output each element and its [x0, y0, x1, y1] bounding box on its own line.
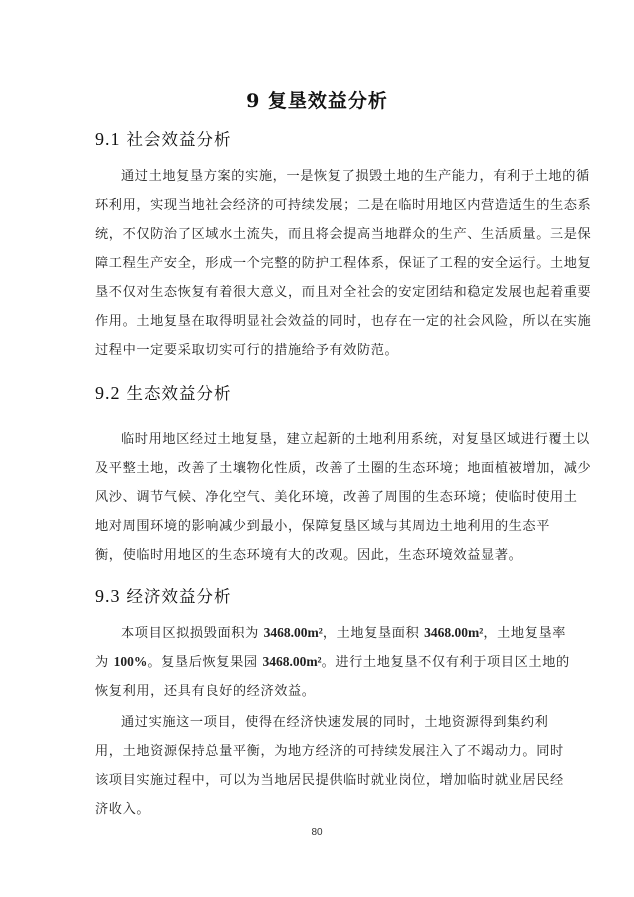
- section-title: 生态效益分析: [127, 384, 232, 403]
- paragraph-line: 临时用地区经过土地复垦，建立起新的土地利用系统，对复垦区域进行覆土以: [121, 428, 541, 447]
- paragraph-line: 地对周围环境的影响减少到最小，保障复垦区域与其周边土地利用的生态平: [95, 515, 541, 534]
- document-page: 9 复垦效益分析 9.1社会效益分析 通过土地复垦方案的实施，一是恢复了损毁土地…: [0, 0, 634, 897]
- chapter-title: 9 复垦效益分析: [0, 86, 634, 113]
- text-run: ，土地复垦率: [483, 626, 566, 641]
- paragraph-line: 为 100%。复垦后恢复果园 3468.00m²。进行土地复垦不仅有利于项目区土…: [95, 651, 541, 670]
- paragraph-line: 垦不仅对生态恢复有着很大意义，而且对全社会的安定团结和稳定发展也起着重要: [95, 281, 541, 300]
- paragraph-line: 用，土地资源保持总量平衡，为地方经济的可持续发展注入了不竭动力。同时: [95, 740, 541, 759]
- paragraph-line: 作用。土地复垦在取得明显社会效益的同时，也存在一定的社会风险，所以在实施: [95, 310, 541, 329]
- section-heading-9-2: 9.2生态效益分析: [95, 380, 232, 404]
- paragraph-line: 通过土地复垦方案的实施，一是恢复了损毁土地的生产能力，有利于土地的循: [121, 165, 541, 184]
- paragraph-line: 恢复利用，还具有良好的经济效益。: [95, 680, 541, 699]
- paragraph-line: 统，不仅防治了区域水土流失，而且将会提高当地群众的生产、生活质量。三是保: [95, 223, 541, 242]
- section-title: 经济效益分析: [127, 587, 232, 606]
- paragraph-line: 障工程生产安全，形成一个完整的防护工程体系，保证了工程的安全运行。土地复: [95, 252, 541, 271]
- paragraph-line: 过程中一定要采取切实可行的措施给予有效防范。: [95, 339, 541, 358]
- area-value: 3468.00m²: [264, 625, 323, 640]
- section-heading-9-3: 9.3经济效益分析: [95, 583, 232, 607]
- paragraph-line: 衡，使临时用地区的生态环境有大的改观。因此，生态环境效益显著。: [95, 544, 541, 563]
- paragraph-line: 及平整土地，改善了土壤物化性质，改善了土圈的生态环境；地面植被增加，减少: [95, 457, 541, 476]
- section-number: 9.1: [95, 129, 121, 149]
- paragraph-line: 本项目区拟损毁面积为 3468.00m²，土地复垦面积 3468.00m²，土地…: [121, 622, 541, 641]
- section-title: 社会效益分析: [127, 130, 232, 149]
- area-value: 3468.00m²: [262, 654, 321, 669]
- page-number: 80: [0, 827, 634, 838]
- text-run: 本项目区拟损毁面积为: [121, 626, 264, 641]
- paragraph-line: 济收入。: [95, 798, 541, 817]
- text-run: 。进行土地复垦不仅有利于项目区土地的: [322, 655, 570, 670]
- paragraph-line: 风沙、调节气候、净化空气、美化环境，改善了周围的生态环境；使临时使用土: [95, 486, 541, 505]
- paragraph-line: 该项目实施过程中，可以为当地居民提供临时就业岗位，增加临时就业居民经: [95, 769, 541, 788]
- section-number: 9.3: [95, 586, 121, 606]
- section-number: 9.2: [95, 383, 121, 403]
- text-run: 。复垦后恢复果园: [147, 655, 262, 670]
- paragraph-line: 环利用，实现当地社会经济的可持续发展；二是在临时用地区内营造适生的生态系: [95, 194, 541, 213]
- rate-value: 100%: [114, 654, 148, 669]
- section-heading-9-1: 9.1社会效益分析: [95, 126, 232, 150]
- paragraph-line: 通过实施这一项目，使得在经济快速发展的同时，土地资源得到集约利: [121, 711, 541, 730]
- text-run: ，土地复垦面积: [323, 626, 424, 641]
- text-run: 为: [95, 655, 114, 670]
- area-value: 3468.00m²: [424, 625, 483, 640]
